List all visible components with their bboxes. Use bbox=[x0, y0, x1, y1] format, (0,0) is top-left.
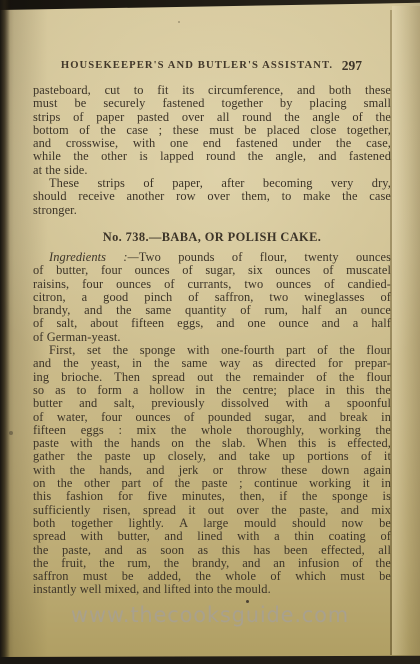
text-line: on the other part of the paste ; continu… bbox=[33, 477, 391, 490]
text-line: fifteen eggs : mix the whole thoroughly,… bbox=[33, 424, 391, 437]
text-line: raisins, four ounces of currants, two ou… bbox=[33, 278, 391, 291]
page-number: 297 bbox=[342, 58, 362, 74]
scan-border-left bbox=[0, 0, 10, 664]
text-line: the paste, and as soon as this has been … bbox=[33, 544, 391, 557]
text-line: of water, four ounces of pounded sugar, … bbox=[33, 411, 391, 424]
section-heading: No. 738.—BABA, OR POLISH CAKE. bbox=[33, 230, 391, 244]
watermark: www.thecooksguide.com bbox=[0, 603, 420, 627]
text-line: and crosswise, with one end fastened und… bbox=[33, 137, 391, 150]
paragraph: First, set the sponge with one-fourth pa… bbox=[33, 344, 391, 597]
text-line: should receive another row over them, to… bbox=[33, 190, 391, 203]
text-line: must be securely fastened together by pl… bbox=[33, 97, 391, 110]
text-line: These strips of paper, after becoming ve… bbox=[33, 177, 391, 190]
text-line: Ingredients :—Two pounds of flour, twent… bbox=[33, 251, 391, 264]
paragraph: Ingredients :—Two pounds of flour, twent… bbox=[33, 251, 391, 344]
text-line: of German-yeast. bbox=[33, 331, 391, 344]
scan-border-top bbox=[0, 0, 420, 10]
text-line: instantly well mixed, and lifted into th… bbox=[33, 583, 391, 596]
paper-speck bbox=[246, 600, 249, 603]
text-line: bottom of the case ; these must be place… bbox=[33, 124, 391, 137]
paragraph: These strips of paper, after becoming ve… bbox=[33, 177, 391, 217]
page-edge-strip bbox=[392, 6, 420, 655]
text-line: butter and salt, previously dissolved wi… bbox=[33, 397, 391, 410]
text-line: gather the paste up closely, and take up… bbox=[33, 450, 391, 463]
text-line: this fashion for five minutes, then, if … bbox=[33, 490, 391, 503]
text-line: pasteboard, cut to fit its circumference… bbox=[33, 84, 391, 97]
paper-speck bbox=[178, 21, 180, 23]
text-line: while the other is lapped round the angl… bbox=[33, 150, 391, 163]
paragraph: pasteboard, cut to fit its circumference… bbox=[33, 84, 391, 177]
text-line: the fruit, the rum, the brandy, and an i… bbox=[33, 557, 391, 570]
text-line: spread with butter, and lined with a thi… bbox=[33, 530, 391, 543]
text-line: brandy, and the same quantity of rum, ha… bbox=[33, 304, 391, 317]
text-line: paste with the hands on the slab. When t… bbox=[33, 437, 391, 450]
text-line: with the hands, and jerk or throw these … bbox=[33, 464, 391, 477]
book-page-scan: HOUSEKEEPER'S AND BUTLER'S ASSISTANT. 29… bbox=[0, 0, 420, 664]
text-line: strips of paper pasted over all round th… bbox=[33, 111, 391, 124]
text-line: of butter, four ounces of sugar, six oun… bbox=[33, 264, 391, 277]
text-line: citron, a good pinch of saffron, two win… bbox=[33, 291, 391, 304]
scan-border-bottom bbox=[0, 655, 420, 664]
text-line: so as to form a hollow in the centre; pl… bbox=[33, 384, 391, 397]
text-line: stronger. bbox=[33, 204, 391, 217]
running-title: HOUSEKEEPER'S AND BUTLER'S ASSISTANT. bbox=[33, 60, 361, 71]
text-line: ing brioche. Then spread out the remaind… bbox=[33, 371, 391, 384]
text-line: both together lightly. A large mould sho… bbox=[33, 517, 391, 530]
page-edge-line bbox=[390, 10, 392, 655]
body-text: pasteboard, cut to fit its circumference… bbox=[33, 84, 391, 597]
text-line: sufficiently risen, spread it out over t… bbox=[33, 504, 391, 517]
text-block: HOUSEKEEPER'S AND BUTLER'S ASSISTANT. 29… bbox=[33, 60, 391, 597]
text-line: First, set the sponge with one-fourth pa… bbox=[33, 344, 391, 357]
page-header: HOUSEKEEPER'S AND BUTLER'S ASSISTANT. 29… bbox=[33, 60, 391, 75]
italic-lead: Ingredients :— bbox=[49, 250, 139, 264]
text-line: and the yeast, in the same way as direct… bbox=[33, 357, 391, 370]
text-line: at the side. bbox=[33, 164, 391, 177]
text-line: saffron must be added, the whole of whic… bbox=[33, 570, 391, 583]
text-line: of salt, about fifteen eggs, and one oun… bbox=[33, 317, 391, 330]
